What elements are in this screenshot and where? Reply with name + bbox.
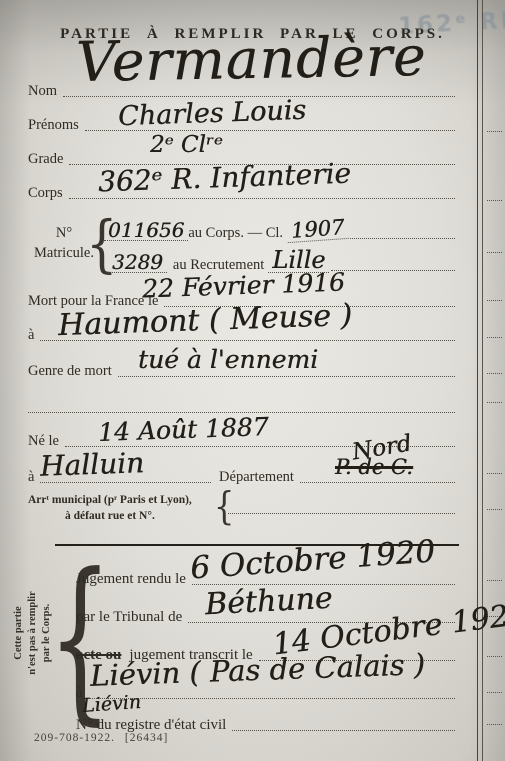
- corps-label: Corps: [28, 185, 67, 202]
- edge-mark: [487, 252, 502, 253]
- edge-mark: [487, 402, 502, 403]
- dotted-line: [228, 513, 455, 514]
- dotted-line: [350, 238, 455, 239]
- death-kind-label: Genre de mort: [28, 363, 116, 380]
- corps-value: 362ᵉ R. Infanterie: [98, 160, 352, 197]
- departement-crossed-value: P. de C.: [335, 457, 413, 478]
- edge-mark: [487, 200, 502, 201]
- arrondissement-label-line1: Arrᵗ municipal (pʳ Paris et Lyon),: [28, 492, 192, 508]
- jugement-date-label: Jugement rendu le: [76, 571, 190, 588]
- arrondissement-row: [228, 497, 455, 517]
- dotted-line: [40, 482, 211, 483]
- dotted-line: [118, 376, 455, 377]
- dotted-line: [69, 198, 455, 199]
- edge-mark: [487, 473, 502, 474]
- side-note-line2: n'est pas à remplir: [26, 552, 40, 714]
- dotted-line: [89, 698, 455, 699]
- prenoms-label: Prénoms: [28, 117, 83, 134]
- transcription-place-note: Liévin: [81, 693, 141, 716]
- matricule-corps-number: 011656: [104, 220, 188, 241]
- card-edge-line: [477, 0, 483, 761]
- birth-date-label: Né le: [28, 433, 63, 450]
- registre-row: N° du registre d'état civil: [76, 714, 455, 734]
- birth-place-label: à: [28, 469, 38, 486]
- edge-mark: [487, 656, 502, 657]
- edge-mark: [487, 337, 502, 338]
- dotted-line: [331, 270, 455, 271]
- dotted-line: [300, 482, 455, 483]
- dotted-line: [232, 730, 455, 731]
- record-card: 162ᵉ RÉG PARTIE À REMPLIR PAR LE CORPS. …: [0, 0, 505, 761]
- edge-mark: [487, 692, 502, 693]
- nom-label: Nom: [28, 83, 61, 100]
- matricule-corps-row: 011656 au Corps. — Cl. 1907: [104, 222, 455, 242]
- print-reference: 209-708-1922. [26434]: [34, 732, 168, 744]
- grade-value: 2ᵉ Clʳᵉ: [150, 134, 223, 157]
- edge-mark: [487, 724, 502, 725]
- edge-mark: [487, 580, 502, 581]
- matricule-recrutement-number: 3289: [108, 252, 167, 273]
- edge-mark: [487, 509, 502, 510]
- death-kind-value: tué à l'ennemi: [138, 347, 318, 372]
- side-note-line1: Cette partie: [12, 552, 26, 714]
- death-date-value: 22 Février 1916: [142, 269, 346, 301]
- classe-value: 1907: [286, 217, 349, 243]
- prenoms-value: Charles Louis: [118, 97, 307, 131]
- arrondissement-label: Arrᵗ municipal (pʳ Paris et Lyon), à déf…: [28, 492, 192, 524]
- birth-date-value: 14 Août 1887: [98, 414, 269, 445]
- tribunal-label: par le Tribunal de: [76, 609, 186, 626]
- edge-mark: [487, 300, 502, 301]
- nom-value: Vermandère: [76, 29, 427, 90]
- edge-mark: [487, 131, 502, 132]
- tribunal-value: Béthune: [204, 584, 333, 621]
- death-place-label: à: [28, 327, 38, 344]
- arrondissement-label-line2: à défaut rue et N°.: [28, 508, 192, 524]
- edge-mark: [487, 373, 502, 374]
- grade-label: Grade: [28, 151, 67, 168]
- au-corps-label: au Corps. — Cl.: [188, 225, 287, 242]
- birth-place-value: Halluin: [40, 449, 145, 481]
